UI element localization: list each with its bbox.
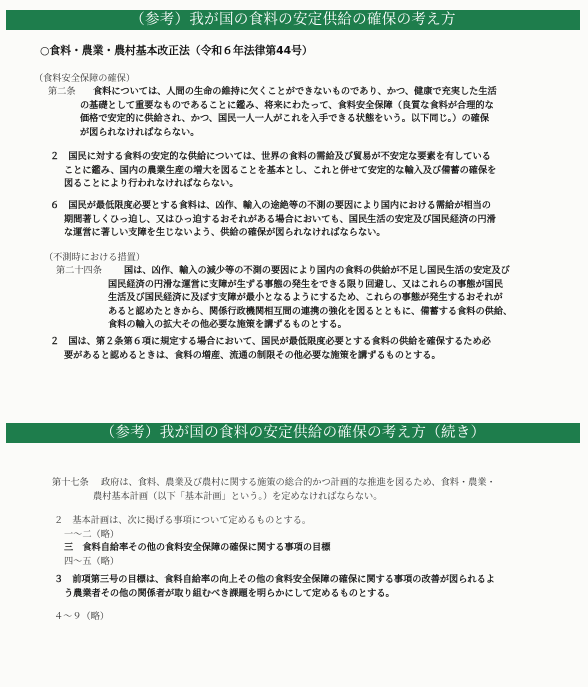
article-24-line: 食料の輸入の拡大その他必要な施策を講ずるものとする。: [108, 318, 512, 332]
article-17-line: 政府は、食料、農業及び農村に関する施策の総合的かつ計画的な推進を図るため、食料・…: [101, 476, 496, 490]
paragraph-line: う農業者その他の関係者が取り組むべき課題を明らかにして定めるものとする。: [54, 587, 495, 601]
article-17-body-cont: 農村基本計画（以下「基本計画」という。）を定めなければならない。: [93, 490, 382, 504]
paragraph-line: ３ 前項第三号の目標は、食料自給率の向上その他の食料安全保障の確保に関する事項の…: [54, 573, 495, 587]
paragraph-item: 四～五（略）: [54, 555, 330, 569]
article-2-caption: （食料安全保障の確保）: [34, 72, 135, 86]
article-17-body: 政府は、食料、農業及び農村に関する施策の総合的かつ計画的な推進を図るため、食料・…: [101, 476, 496, 490]
article-2-paragraph-2: ２ 国民に対する食料の安定的な供給については、世界の食料の需給及び貿易が不安定な…: [50, 150, 496, 191]
article-2-line: の基礎として重要なものであることに鑑み、将来にわたって、食料安全保障（良質な食料…: [80, 99, 494, 113]
paragraph-line: ２ 国民に対する食料の安定的な供給については、世界の食料の需給及び貿易が不安定な…: [50, 150, 496, 164]
article-2-body: 食料については、人間の生命の維持に欠くことができないものであり、かつ、健康で充実…: [93, 85, 497, 99]
section-banner-1: （参考）我が国の食料の安定供給の確保の考え方: [6, 10, 580, 30]
article-24-line: あると認めたときから、関係行政機関相互間の連携の強化を図るとともに、備蓄する食料…: [108, 305, 512, 319]
paragraph-line: 要があると認めるときは、食料の増産、流通の制限その他必要な施策を講ずるものとする…: [50, 349, 491, 363]
article-24-body-cont: 国民経済の円滑な運営に支障が生ずる事態の発生をできる限り回避し、又はこれらの事態…: [108, 278, 512, 332]
article-24-caption: （不測時における措置）: [44, 251, 145, 265]
law-title: ○食料・農業・農村基本改正法（令和６年法律第44号）: [40, 43, 313, 58]
article-24-paragraph-2: ２ 国は、第２条第６項に規定する場合において、国民が最低限度必要とする食料の供給…: [50, 335, 491, 362]
paragraph-line: ことに鑑み、国内の農業生産の増大を図ることを基本とし、これと併せて安定的な輸入及…: [50, 164, 496, 178]
article-2-body-cont: の基礎として重要なものであることに鑑み、将来にわたって、食料安全保障（良質な食料…: [80, 99, 494, 140]
paragraph-item: 三 食料自給率その他の食料安全保障の確保に関する事項の目標: [54, 541, 330, 555]
article-17-paragraph-3: ３ 前項第三号の目標は、食料自給率の向上その他の食料安全保障の確保に関する事項の…: [54, 573, 495, 600]
article-24-line: 国民経済の円滑な運営に支障が生ずる事態の発生をできる限り回避し、又はこれらの事態…: [108, 278, 512, 292]
article-17-paragraph-2: ２ 基本計画は、次に掲げる事項について定めるものとする。 一～二（略） 三 食料…: [54, 514, 330, 568]
article-17-paragraph-4-9: ４～９（略）: [54, 610, 109, 624]
paragraph-line: ２ 国は、第２条第６項に規定する場合において、国民が最低限度必要とする食料の供給…: [50, 335, 491, 349]
article-2-line: が図られなければならない。: [80, 126, 494, 140]
article-17-label: 第十七条: [52, 476, 89, 490]
article-2-line: 価格で安定的に供給され、かつ、国民一人一人がこれを入手できる状態をいう。以下同じ…: [80, 112, 494, 126]
paragraph-line: な運営に著しい支障を生じないよう、供給の確保が図られなければならない。: [50, 226, 496, 240]
paragraph-item: 一～二（略）: [54, 528, 330, 542]
article-24-label: 第二十四条: [56, 264, 102, 278]
article-2-label: 第二条: [48, 85, 76, 99]
paragraph-line: 期間著しくひっ迫し、又はひっ迫するおそれがある場合においても、国民生活の安定及び…: [50, 213, 496, 227]
section-banner-2: （参考）我が国の食料の安定供給の確保の考え方（続き）: [6, 423, 580, 443]
article-24-line: 生活及び国民経済に及ぼす支障が最小となるようにするため、これらの事態が発生するお…: [108, 291, 512, 305]
article-2-line: 食料については、人間の生命の維持に欠くことができないものであり、かつ、健康で充実…: [93, 85, 497, 99]
paragraph-line: ２ 基本計画は、次に掲げる事項について定めるものとする。: [54, 514, 330, 528]
paragraph-line: ６ 国民が最低限度必要とする食料は、凶作、輸入の途絶等の不測の要因により国内にお…: [50, 199, 496, 213]
article-2-paragraph-6: ６ 国民が最低限度必要とする食料は、凶作、輸入の途絶等の不測の要因により国内にお…: [50, 199, 496, 240]
article-17-line: 農村基本計画（以下「基本計画」という。）を定めなければならない。: [93, 490, 382, 504]
paragraph-line: 図ることにより行われなければならない。: [50, 177, 496, 191]
article-24-body: 国は、凶作、輸入の減少等の不測の要因により国内の食料の供給が不足し国民生活の安定…: [124, 264, 510, 278]
article-24-line: 国は、凶作、輸入の減少等の不測の要因により国内の食料の供給が不足し国民生活の安定…: [124, 264, 510, 278]
